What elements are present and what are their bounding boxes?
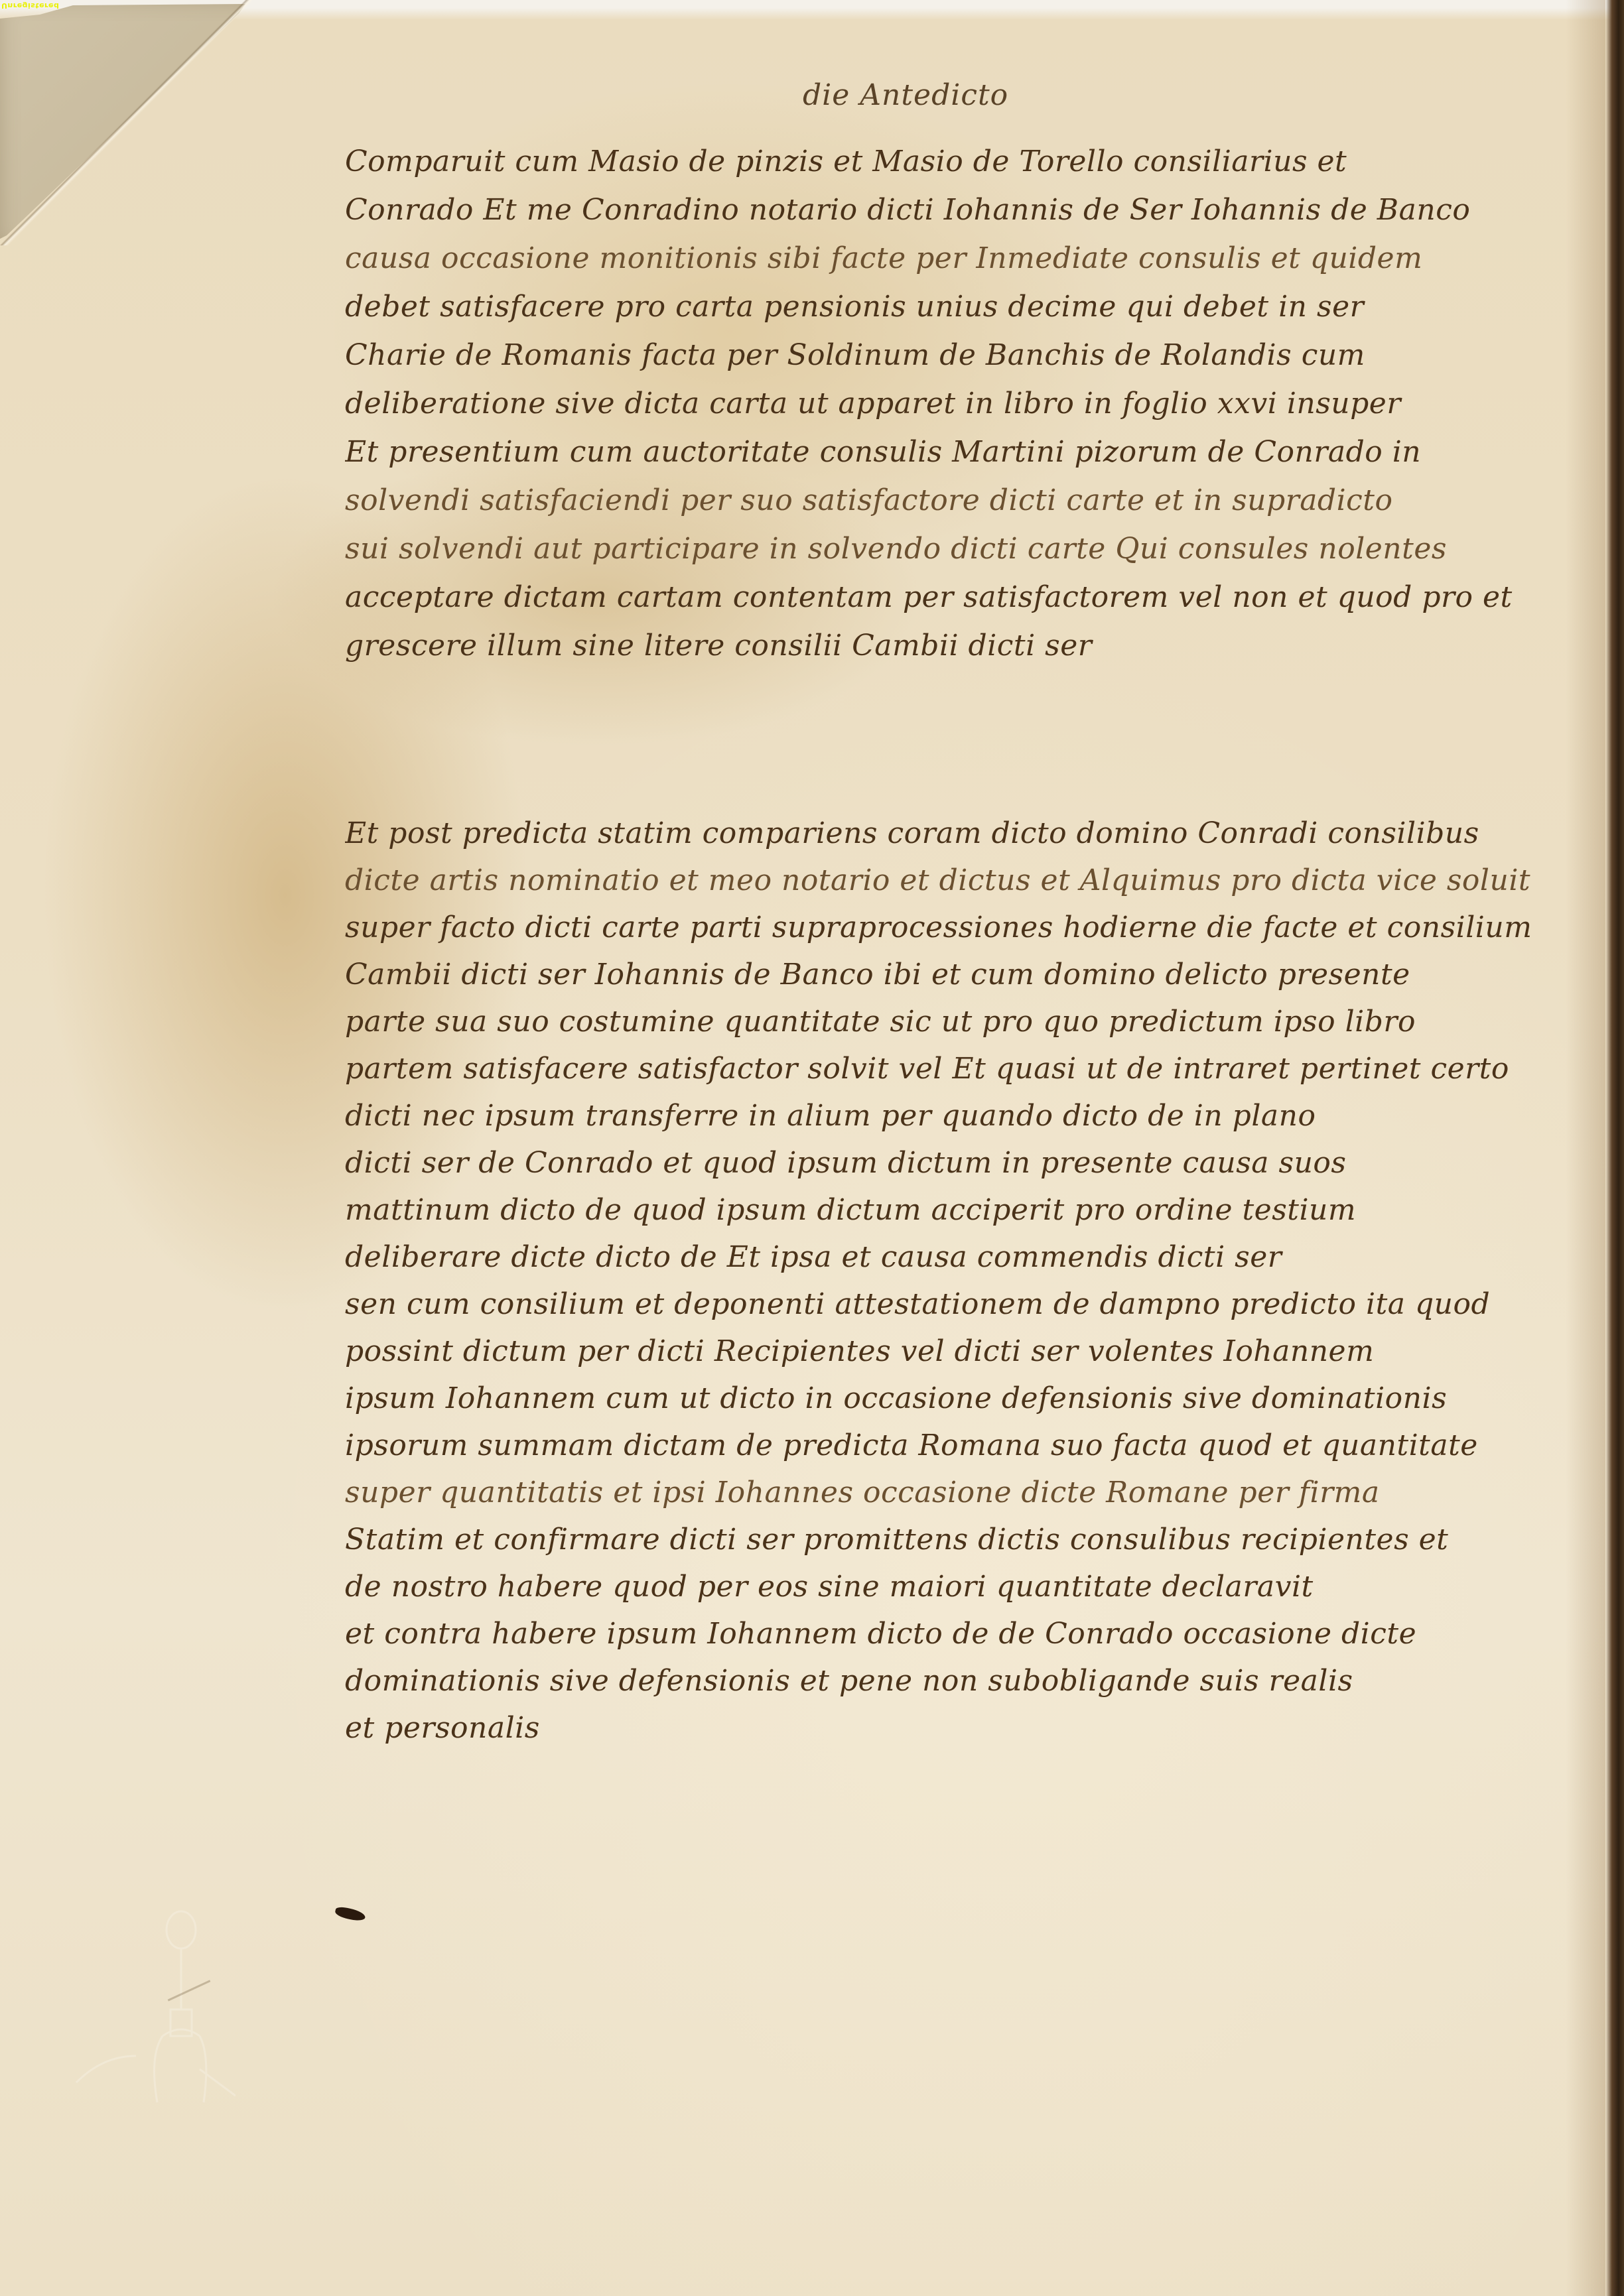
text-line: ipsorum summam dictam de predicta Romana…: [345, 1427, 1579, 1474]
text-line: solvendi satisfaciendi per suo satisfact…: [345, 481, 1579, 530]
text-line: et contra habere ipsum Iohannem dicto de…: [345, 1615, 1579, 1662]
manuscript-page: Unregistered die Antedicto Comparuit cum…: [0, 0, 1624, 2296]
text-line: deliberatione sive dicta carta ut appare…: [345, 385, 1579, 433]
text-line: super quantitatis et ipsi Iohannes occas…: [345, 1474, 1579, 1521]
paragraph-2: Et post predicta statim compariens coram…: [345, 814, 1579, 1756]
text-line: mattinum dicto de quod ipsum dictum acci…: [345, 1191, 1579, 1238]
text-line: sui solvendi aut participare in solvendo…: [345, 530, 1579, 578]
text-line: Charie de Romanis facta per Soldinum de …: [345, 336, 1579, 385]
text-line: acceptare dictam cartam contentam per sa…: [345, 578, 1579, 627]
text-line: dominationis sive defensionis et pene no…: [345, 1662, 1579, 1709]
text-line: ipsum Iohannem cum ut dicto in occasione…: [345, 1379, 1579, 1427]
paragraph-1: Comparuit cum Masio de pinzis et Masio d…: [345, 143, 1579, 675]
text-line: de nostro habere quod per eos sine maior…: [345, 1568, 1579, 1615]
text-line: Et presentium cum auctoritate consulis M…: [345, 433, 1579, 481]
folded-corner: [0, 0, 252, 245]
text-line: dicte artis nominatio et meo notario et …: [345, 861, 1579, 909]
text-line: causa occasione monitionis sibi facte pe…: [345, 239, 1579, 288]
text-line: grescere illum sine litere consilii Camb…: [345, 627, 1579, 675]
text-line: possint dictum per dicti Recipientes vel…: [345, 1332, 1579, 1379]
text-line: Conrado Et me Conradino notario dicti Io…: [345, 191, 1579, 239]
text-line: Statim et confirmare dicti ser promitten…: [345, 1521, 1579, 1568]
paper-watermark-figure: [63, 1857, 236, 2109]
text-line: dicti nec ipsum transferre in alium per …: [345, 1097, 1579, 1144]
unregistered-overlay-label: Unregistered: [1, 1, 59, 10]
text-line: Et post predicta statim compariens coram…: [345, 814, 1579, 861]
text-line: Comparuit cum Masio de pinzis et Masio d…: [345, 143, 1579, 191]
text-line: dicti ser de Conrado et quod ipsum dictu…: [345, 1144, 1579, 1191]
page-heading: die Antedicto: [803, 78, 1008, 112]
text-line: et personalis: [345, 1709, 1579, 1756]
text-line: parte sua suo costumine quantitate sic u…: [345, 1003, 1579, 1050]
text-line: debet satisfacere pro carta pensionis un…: [345, 288, 1579, 336]
binding-edge: [1605, 0, 1624, 2296]
text-line: partem satisfacere satisfactor solvit ve…: [345, 1050, 1579, 1097]
text-line: deliberare dicte dicto de Et ipsa et cau…: [345, 1238, 1579, 1285]
text-line: Cambii dicti ser Iohannis de Banco ibi e…: [345, 956, 1579, 1003]
ink-blot: [334, 1905, 366, 1922]
text-line: super facto dicti carte parti supraproce…: [345, 909, 1579, 956]
torn-top-edge: [0, 0, 1624, 20]
text-line: sen cum consilium et deponenti attestati…: [345, 1285, 1579, 1332]
